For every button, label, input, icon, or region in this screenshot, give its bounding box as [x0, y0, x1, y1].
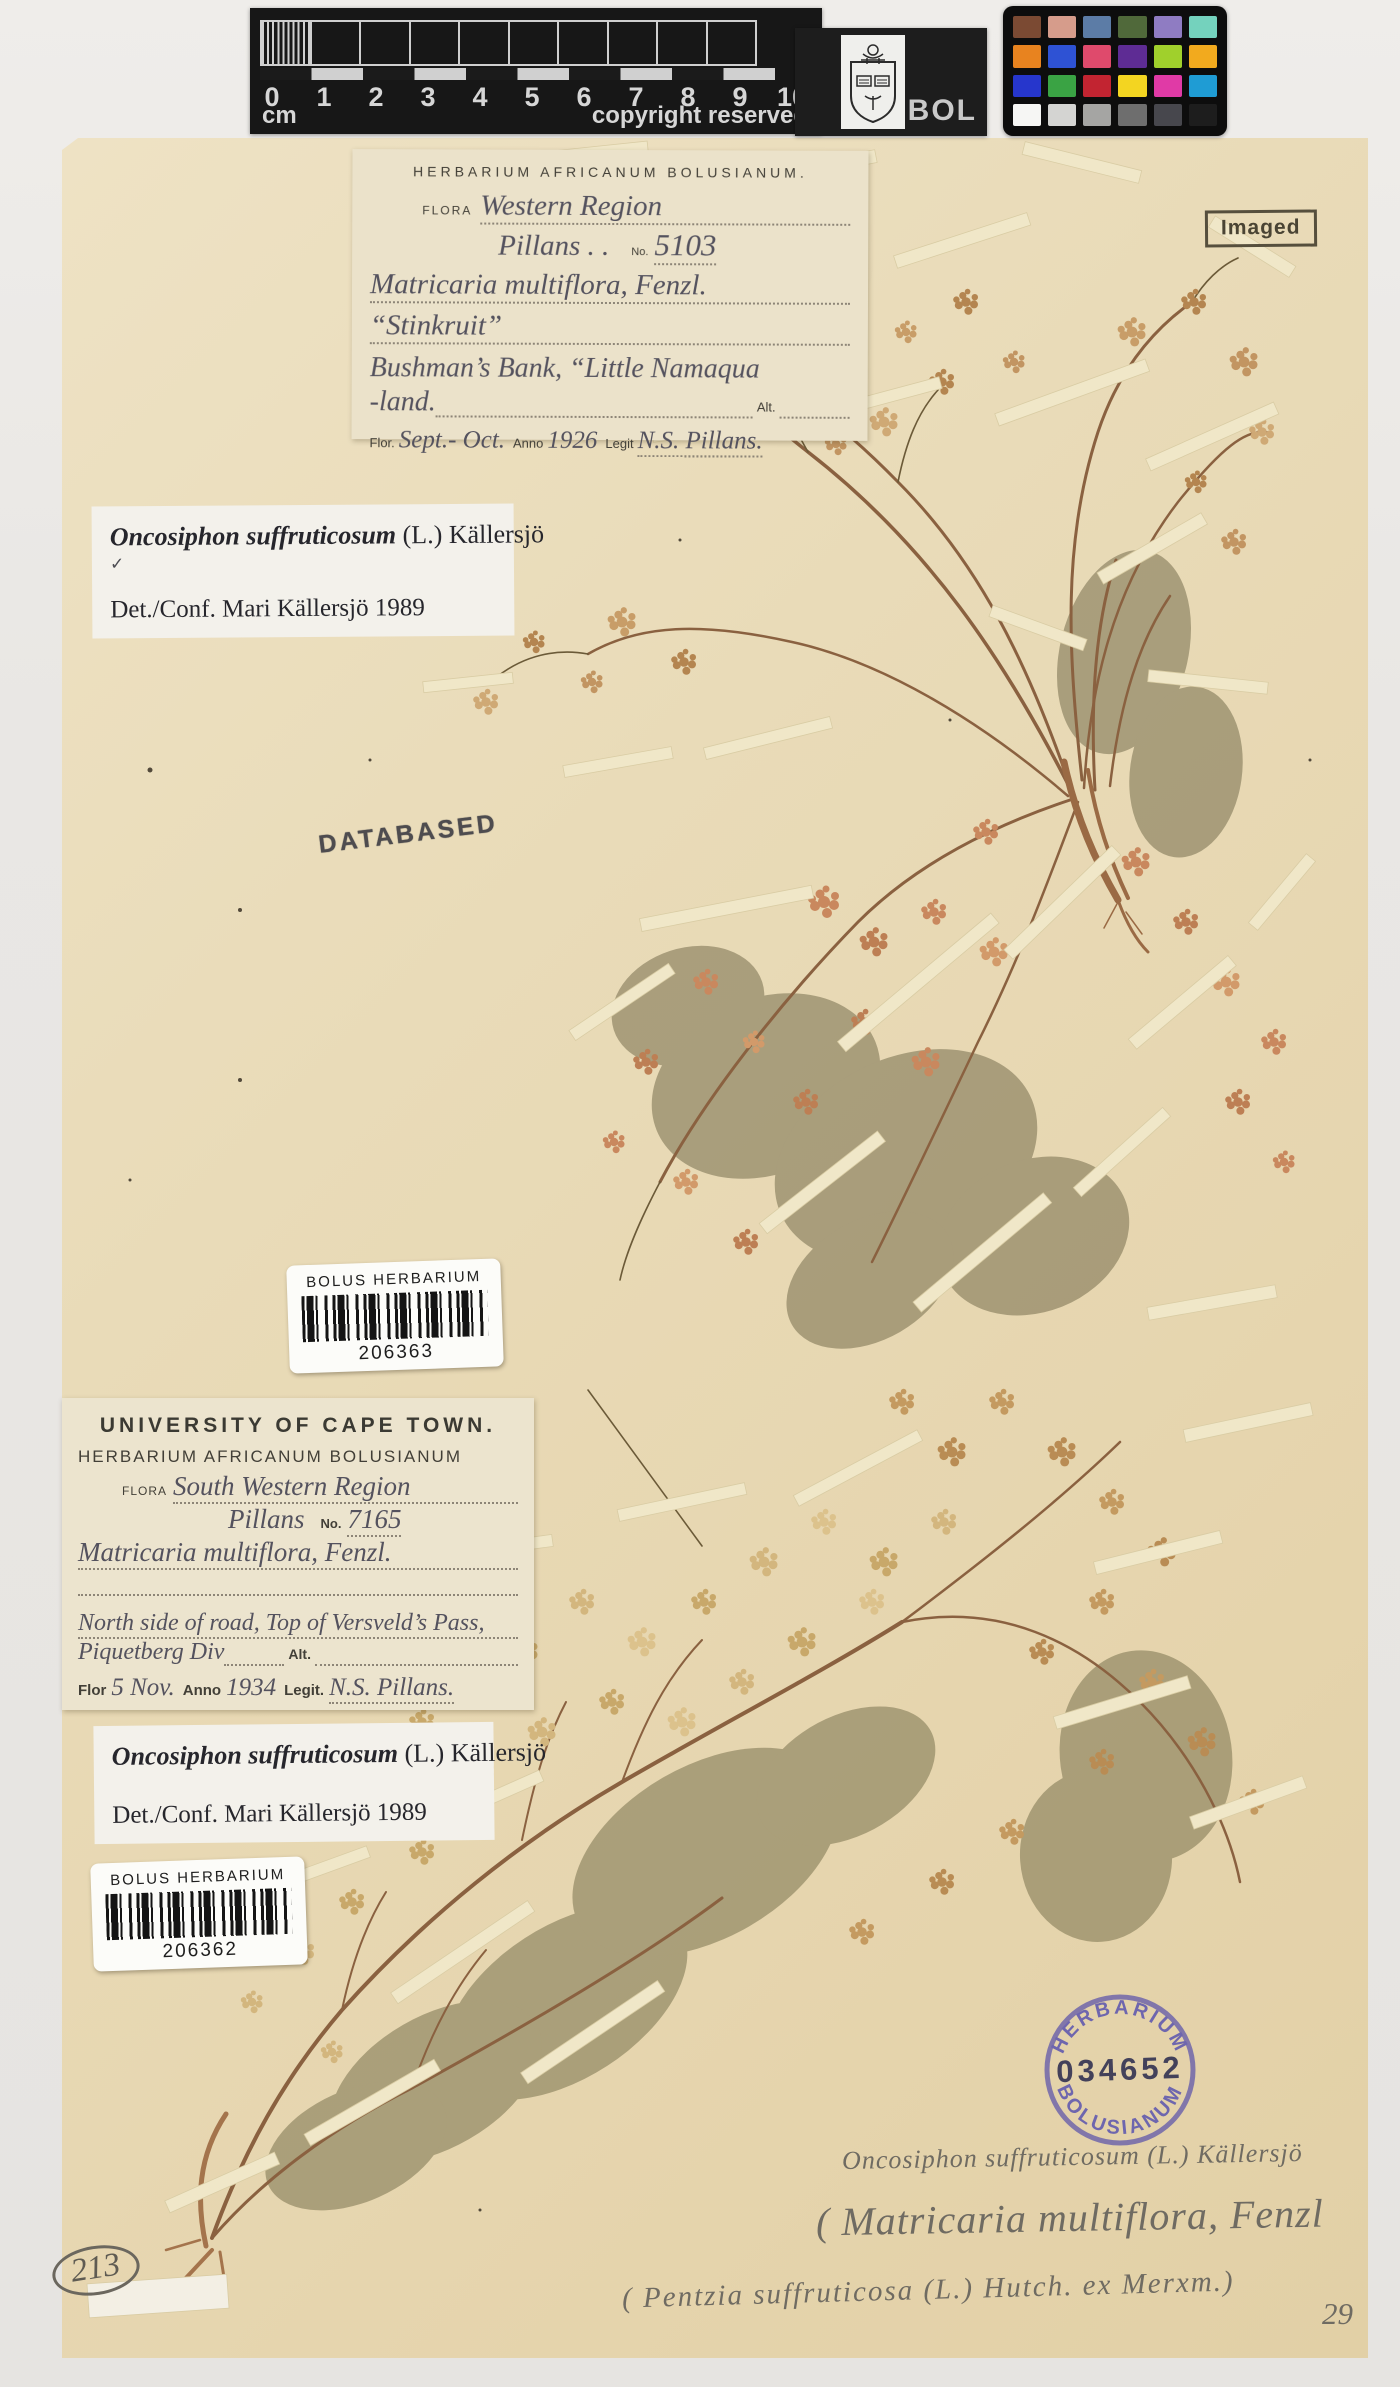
collection-label-1934: UNIVERSITY OF CAPE TOWN. HERBARIUM AFRIC…: [62, 1398, 534, 1710]
collector-name: Pillans: [228, 1504, 305, 1535]
species-name: Matricaria multiflora, Fenzl.: [78, 1537, 518, 1570]
flora-value: South Western Region: [173, 1471, 518, 1504]
collection-label-1926: HERBARIUM AFRICANUM BOLUSIANUM. FLORA We…: [351, 149, 868, 441]
collector-number: 7165: [347, 1504, 401, 1537]
barcode-number: 206362: [103, 1937, 298, 1966]
bol-logo-panel: BOL: [795, 28, 987, 136]
color-swatch: [1048, 45, 1076, 67]
barcode-institution: BOLUS HERBARIUM: [296, 1268, 490, 1292]
label-institution: HERBARIUM AFRICANUM BOLUSIANUM.: [370, 163, 850, 181]
flora-label: FLORA: [122, 1484, 167, 1498]
barcode-number: 206363: [299, 1339, 494, 1368]
color-swatch: [1083, 16, 1111, 38]
barcode-label-206363: BOLUS HERBARIUM 206363: [286, 1258, 504, 1373]
color-swatch: [1048, 104, 1076, 126]
determination-label-upper: Oncosiphon suffruticosum (L.) Källersjö …: [92, 504, 515, 639]
color-swatch: [1118, 75, 1146, 97]
determined-species: Oncosiphon suffruticosum: [112, 1739, 399, 1771]
flora-value: Western Region: [480, 190, 850, 226]
legit-label: Legit.: [284, 1682, 324, 1699]
scale-unit-label: cm: [262, 102, 297, 130]
number-label: No.: [321, 1516, 342, 1531]
scale-bar-ticks: [260, 20, 755, 66]
svg-text:HERBARIUM: HERBARIUM: [1047, 1997, 1192, 2057]
stamp-top-text: HERBARIUM: [1047, 1997, 1192, 2057]
year-value: 1934: [226, 1674, 276, 1702]
year-label: Anno: [183, 1682, 221, 1699]
color-swatch: [1083, 75, 1111, 97]
determination-label-lower: Oncosiphon suffruticosum (L.) Källersjö …: [93, 1722, 494, 1844]
scale-bar: 01 23 45 67 89 10 cm copyright reserved: [250, 8, 822, 134]
collector-number: 5103: [654, 227, 716, 265]
color-swatch: [1189, 104, 1217, 126]
color-swatch: [1189, 75, 1217, 97]
legit-value: N.S. Pillans.: [329, 1674, 454, 1704]
barcode-icon: [301, 1290, 488, 1342]
altitude-label: Alt.: [757, 400, 776, 415]
barcode-label-206362: BOLUS HERBARIUM 206362: [90, 1856, 308, 1971]
color-swatch: [1118, 16, 1146, 38]
species-name: Matricaria multiflora, Fenzl.: [370, 268, 850, 305]
herbarium-code-label: BOL: [908, 94, 977, 128]
color-swatch: [1083, 45, 1111, 67]
determined-author: (L.) Källersjö: [402, 519, 544, 549]
flowering-label: Flor.: [369, 435, 394, 450]
color-swatch: [1154, 16, 1182, 38]
collector-name: Pillans . .: [498, 230, 609, 263]
locality-line1: North side of road, Top of Versveld’s Pa…: [78, 1610, 518, 1639]
color-swatch: [1083, 104, 1111, 126]
number-label: No.: [631, 246, 648, 258]
year-label: Anno: [513, 436, 543, 451]
flowering-value: Sept.- Oct.: [399, 426, 505, 454]
legit-label: Legit: [605, 436, 633, 451]
color-swatch: [1048, 75, 1076, 97]
locality-line2: Piquetberg Div: [78, 1639, 224, 1666]
color-swatch: [1048, 16, 1076, 38]
legit-value: N.S. Pillans.: [638, 427, 763, 457]
university-name: UNIVERSITY OF CAPE TOWN.: [78, 1414, 518, 1438]
altitude-label: Alt.: [288, 1646, 311, 1662]
color-swatch: [1189, 45, 1217, 67]
barcode-institution: BOLUS HERBARIUM: [100, 1866, 294, 1890]
copyright-label: copyright reserved: [592, 102, 808, 130]
locality-line2: -land.: [370, 386, 436, 418]
determined-name: Oncosiphon suffruticosum (L.) Källersjö: [112, 1738, 476, 1772]
barcode-icon: [105, 1888, 292, 1940]
determined-name: Oncosiphon suffruticosum (L.) Källersjö: [110, 520, 496, 553]
determined-species: Oncosiphon suffruticosum: [110, 520, 397, 551]
color-swatch: [1154, 75, 1182, 97]
stamp-bottom-text: BOLUSIANUM: [1052, 2081, 1188, 2139]
uct-shield-icon: [841, 35, 905, 129]
locality-line1: Bushman’s Bank, “Little Namaqua: [370, 352, 760, 385]
color-swatch: [1013, 104, 1041, 126]
verification-checkmark: ✓: [110, 552, 496, 575]
page-number: 29: [1322, 2296, 1353, 2332]
determiner-line: Det./Conf. Mari Källersjö 1989: [112, 1798, 476, 1830]
imaged-stamp: Imaged: [1205, 210, 1317, 248]
color-swatch: [1013, 75, 1041, 97]
color-swatch: [1013, 45, 1041, 67]
color-swatch: [1154, 45, 1182, 67]
flowering-value: 5 Nov.: [111, 1674, 174, 1702]
flowering-label: Flor: [78, 1682, 106, 1699]
herbarium-sheet-scan: { "scale_bar": { "numbers": ["0","1","2"…: [0, 0, 1400, 2387]
color-swatch: [1118, 104, 1146, 126]
determined-author: (L.) Källersjö: [404, 1737, 546, 1767]
color-swatch: [1118, 45, 1146, 67]
stamp-accession-number: 034652: [1056, 2050, 1185, 2089]
flora-label: FLORA: [422, 203, 472, 217]
color-calibration-card: [1003, 6, 1227, 136]
common-name: “Stinkruit”: [370, 309, 850, 346]
pencil-synonym-matricaria: ( Matricaria multiflora, Fenzl: [816, 2190, 1325, 2246]
svg-text:BOLUSIANUM: BOLUSIANUM: [1052, 2081, 1188, 2139]
color-swatch: [1154, 104, 1182, 126]
herbarium-accession-stamp: HERBARIUM BOLUSIANUM 034652: [1038, 1988, 1202, 2152]
determiner-line: Det./Conf. Mari Källersjö 1989: [110, 594, 496, 625]
year-value: 1926: [547, 427, 597, 455]
color-swatch: [1013, 16, 1041, 38]
scale-bar-subticks: [260, 68, 775, 80]
label-institution: HERBARIUM AFRICANUM BOLUSIANUM: [78, 1447, 518, 1467]
color-swatch: [1189, 16, 1217, 38]
